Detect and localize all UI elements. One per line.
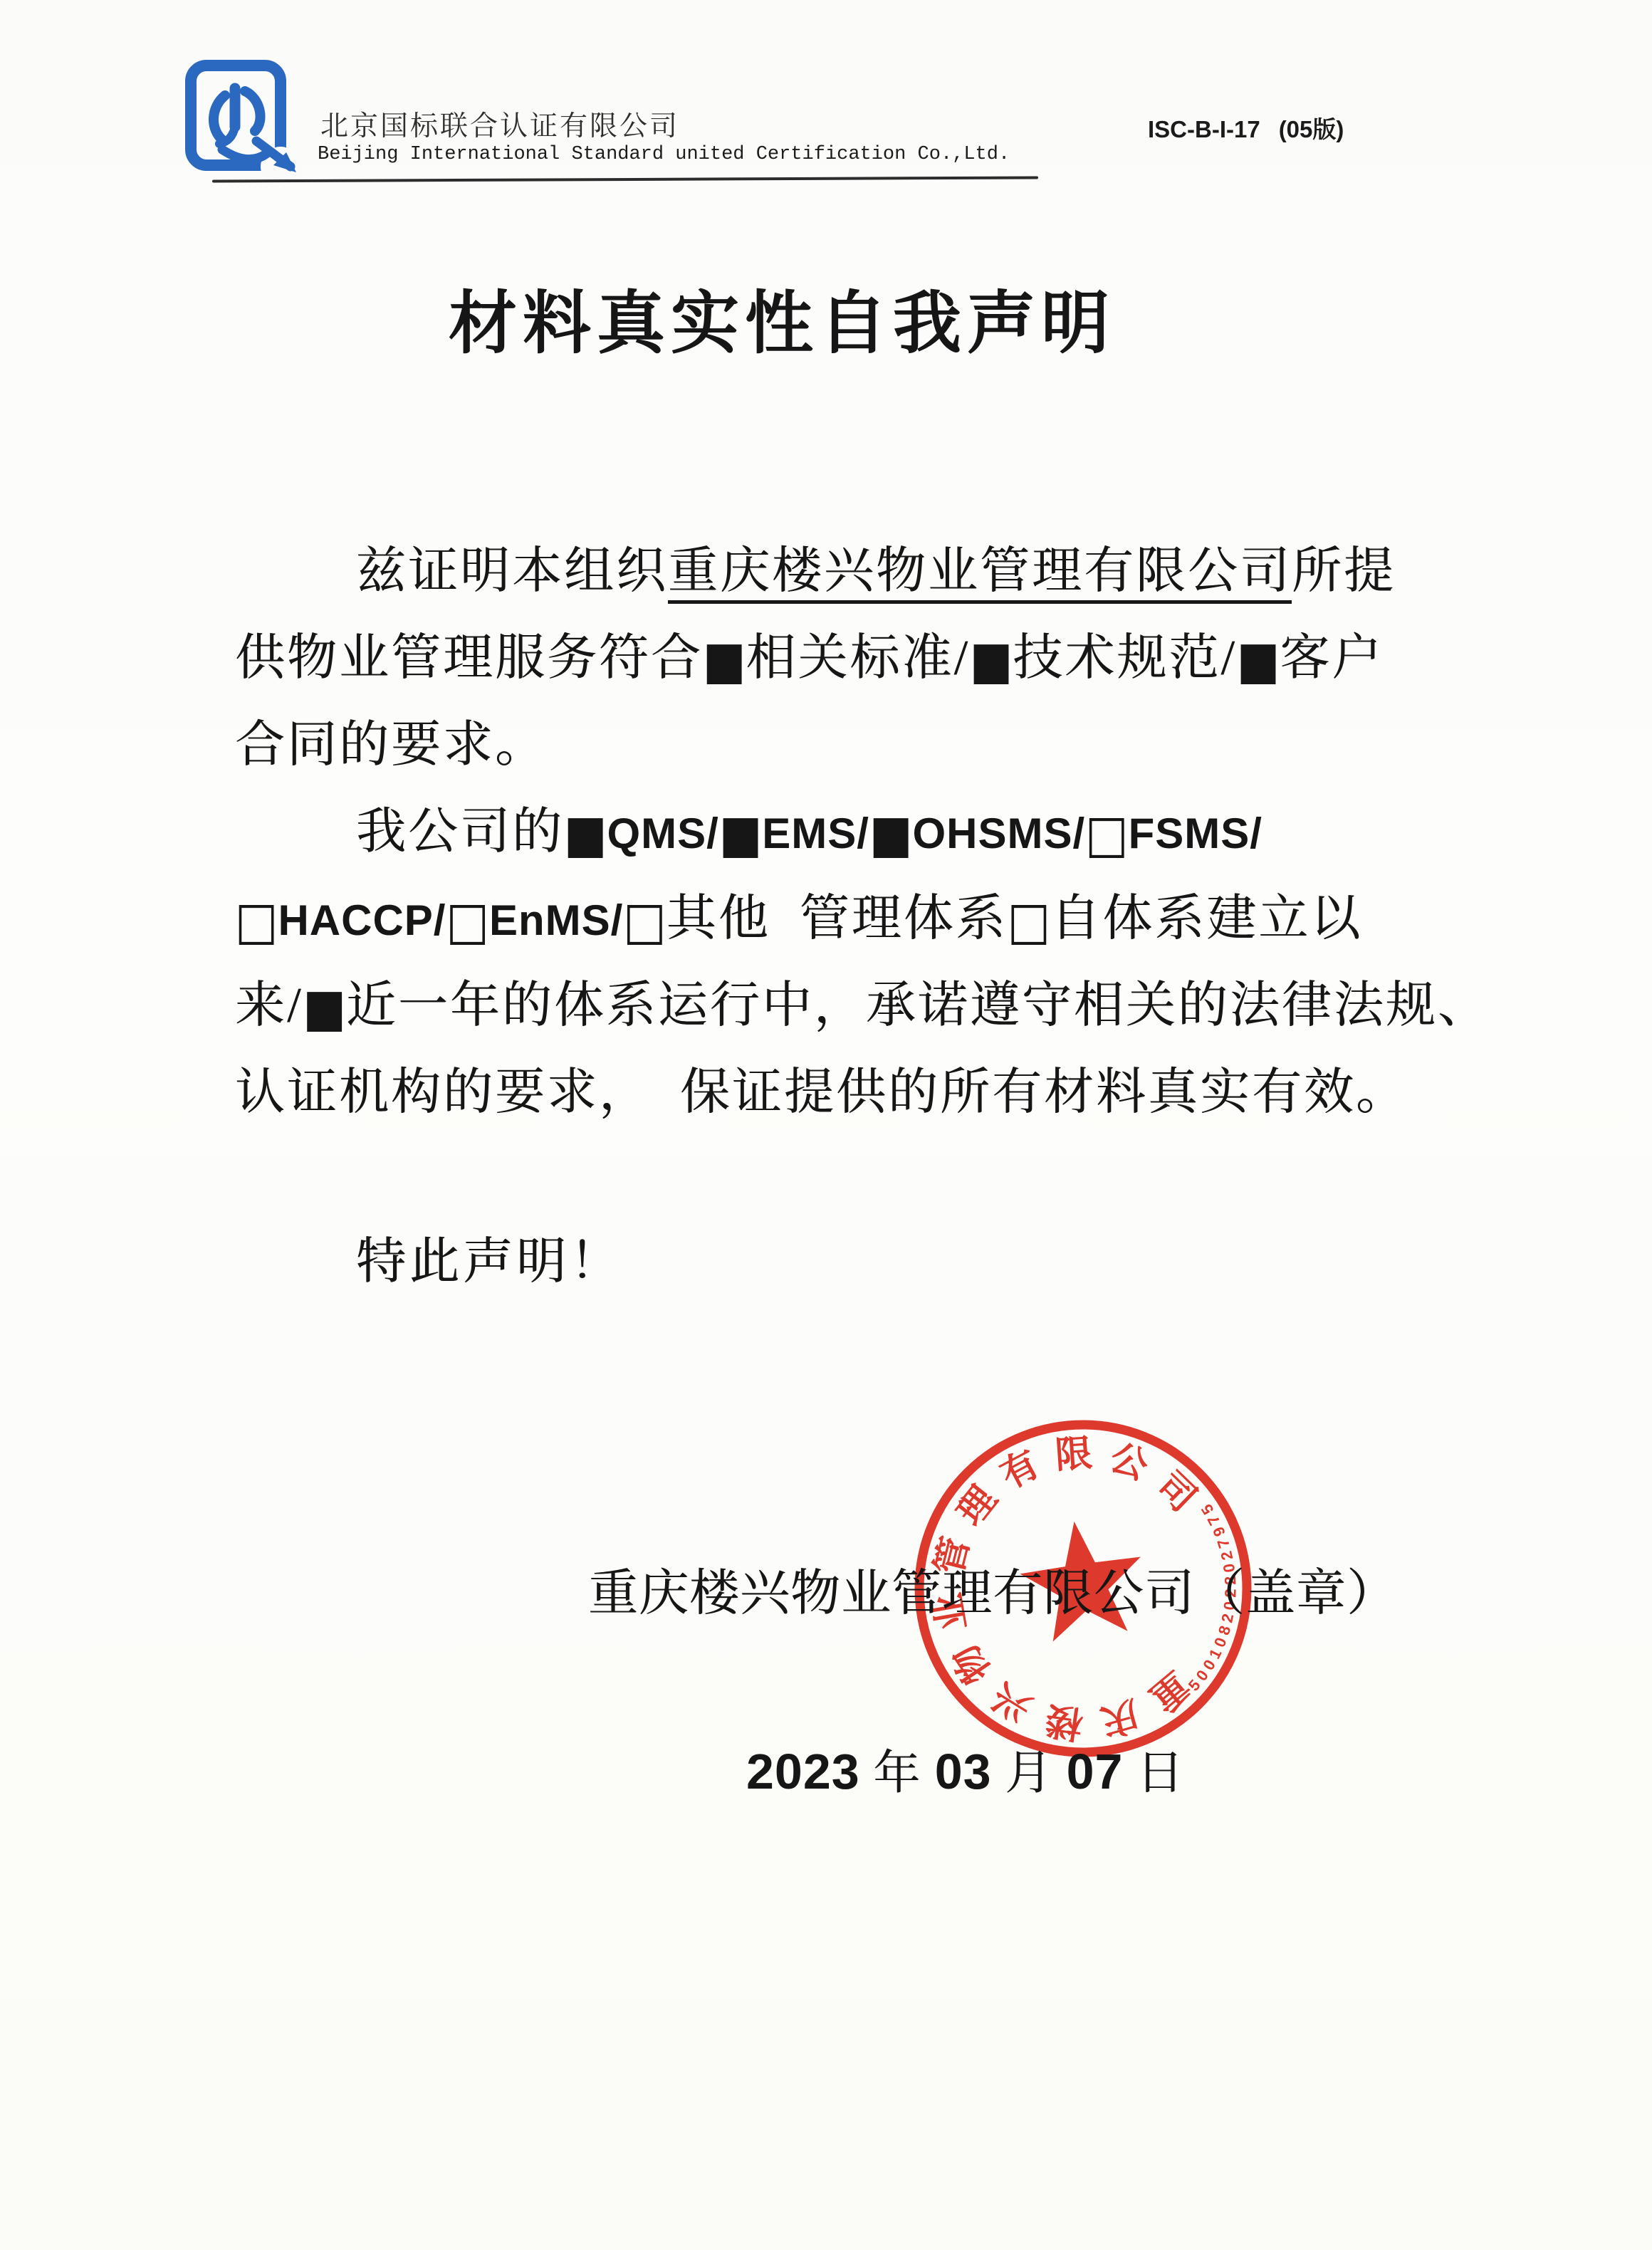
text-segment: 自体系建立以 bbox=[1050, 891, 1362, 946]
svg-text:限: 限 bbox=[1054, 1433, 1094, 1476]
checkbox-filled: ■ bbox=[1237, 611, 1280, 710]
text-segment: 技术规范/ bbox=[1013, 631, 1236, 686]
checkbox-empty: □ bbox=[235, 872, 278, 970]
body-line: 兹证明本组织重庆楼兴物业管理有限公司所提 bbox=[235, 528, 1431, 615]
text-segment: 来/ bbox=[235, 978, 303, 1033]
body-line: 供物业管理服务符合■相关标准/■技术规范/■客户 bbox=[235, 615, 1431, 702]
svg-text:2: 2 bbox=[1217, 1549, 1236, 1562]
svg-text:公: 公 bbox=[1104, 1438, 1153, 1488]
checkbox-filled: ■ bbox=[970, 611, 1013, 710]
text-segment: 我公司的 bbox=[356, 805, 564, 859]
document-code-id: ISC-B-I-17 bbox=[1148, 116, 1260, 142]
document-title: 材料真实性自我声明 bbox=[0, 269, 1608, 367]
body-line: 合同的要求。 bbox=[235, 702, 1431, 789]
svg-text:8: 8 bbox=[1215, 1623, 1234, 1637]
body-line: 认证机构的要求， 保证提供的所有材料真实有效。 bbox=[235, 1050, 1431, 1136]
text-segment: 所提 bbox=[1292, 544, 1396, 599]
paragraph-2: 我公司的■QMS/■EMS/■OHSMS/□FSMS/□HACCP/□EnMS/… bbox=[235, 789, 1431, 1136]
text-segment: 其他 管理体系 bbox=[666, 891, 1008, 946]
signature-line: 重庆楼兴物业管理有限公司（盖章） bbox=[588, 1564, 1397, 1625]
body-line: □HACCP/□EnMS/□其他 管理体系□自体系建立以 bbox=[235, 876, 1431, 963]
date-year-label: 年 bbox=[873, 1747, 921, 1799]
checkbox-filled: ■ bbox=[869, 785, 912, 884]
checkbox-empty: □ bbox=[1008, 872, 1050, 970]
header-company-name-cn: 北京国标联合认证有限公司 bbox=[320, 104, 679, 144]
certification-logo-icon bbox=[182, 58, 314, 183]
text-segment: 客户 bbox=[1280, 631, 1384, 686]
text-segment: FSMS/ bbox=[1129, 810, 1262, 857]
checkbox-filled: ■ bbox=[703, 611, 746, 710]
checkbox-empty: □ bbox=[446, 872, 488, 970]
date-line: 2023 年 03 月 07 日 bbox=[746, 1743, 1185, 1802]
text-segment: 近一年的体系运行中，承诺遵守相关的法律法规、 bbox=[346, 978, 1490, 1033]
svg-text:7: 7 bbox=[1213, 1537, 1233, 1550]
text-segment: 供物业管理服务符合 bbox=[235, 631, 703, 686]
text-segment: OHSMS/ bbox=[912, 810, 1085, 857]
checkbox-empty: □ bbox=[1085, 785, 1128, 884]
document-code: ISC-B-I-17(05版) bbox=[1148, 111, 1344, 145]
text-segment: 相关标准/ bbox=[746, 631, 969, 686]
svg-text:庆: 庆 bbox=[1097, 1692, 1144, 1742]
date-day-label: 日 bbox=[1136, 1747, 1185, 1799]
checkbox-filled: ■ bbox=[719, 785, 762, 884]
date-day: 07 bbox=[1067, 1744, 1124, 1799]
text-segment: 合同的要求。 bbox=[235, 718, 547, 773]
text-segment: EMS/ bbox=[762, 810, 869, 857]
date-month-label: 月 bbox=[1005, 1747, 1053, 1799]
document-page: 北京国标联合认证有限公司 Beijing International Stand… bbox=[0, 0, 1652, 2250]
checkbox-filled: ■ bbox=[564, 785, 607, 884]
date-year: 2023 bbox=[746, 1744, 860, 1799]
checkbox-empty: □ bbox=[623, 872, 666, 970]
document-code-version: (05版) bbox=[1279, 116, 1344, 142]
declaration-line: 特此声明！ bbox=[356, 1219, 623, 1306]
body-line: 来/■近一年的体系运行中，承诺遵守相关的法律法规、 bbox=[235, 963, 1431, 1050]
paragraph-1: 兹证明本组织重庆楼兴物业管理有限公司所提供物业管理服务符合■相关标准/■技术规范… bbox=[235, 528, 1431, 789]
checkbox-filled: ■ bbox=[303, 958, 345, 1057]
text-segment: EnMS/ bbox=[489, 896, 623, 944]
text-segment: HACCP/ bbox=[278, 896, 446, 944]
body-text: 兹证明本组织重庆楼兴物业管理有限公司所提供物业管理服务符合■相关标准/■技术规范… bbox=[235, 528, 1431, 1136]
text-segment: 兹证明本组织 bbox=[356, 544, 668, 599]
organization-name: 重庆楼兴物业管理有限公司 bbox=[668, 544, 1292, 604]
body-line: 我公司的■QMS/■EMS/■OHSMS/□FSMS/ bbox=[235, 789, 1431, 876]
header-divider bbox=[212, 176, 1038, 182]
header-company-name-en: Beijing International Standard united Ce… bbox=[318, 144, 1010, 165]
text-segment: 认证机构的要求， 保证提供的所有材料真实有效。 bbox=[235, 1065, 1408, 1120]
date-month: 03 bbox=[935, 1744, 992, 1799]
svg-text:楼: 楼 bbox=[1042, 1698, 1086, 1744]
svg-text:0: 0 bbox=[1211, 1635, 1230, 1650]
text-segment: QMS/ bbox=[607, 810, 718, 857]
